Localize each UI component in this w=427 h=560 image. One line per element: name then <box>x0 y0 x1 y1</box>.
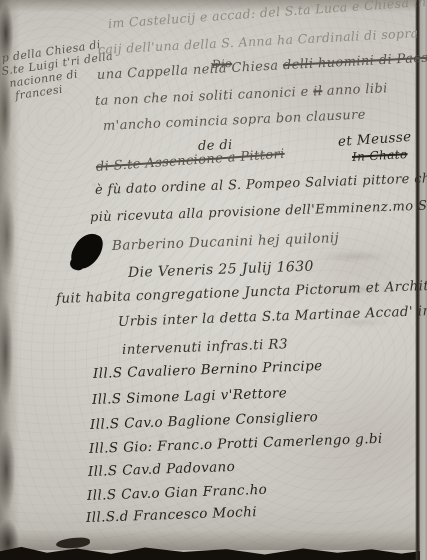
struck-word-right: In Chato <box>352 147 408 164</box>
body-line-4-text-b: anno libi <box>322 81 388 99</box>
manuscript-page: p della Chiesa di S.te Luigi t'ri della … <box>0 0 427 560</box>
